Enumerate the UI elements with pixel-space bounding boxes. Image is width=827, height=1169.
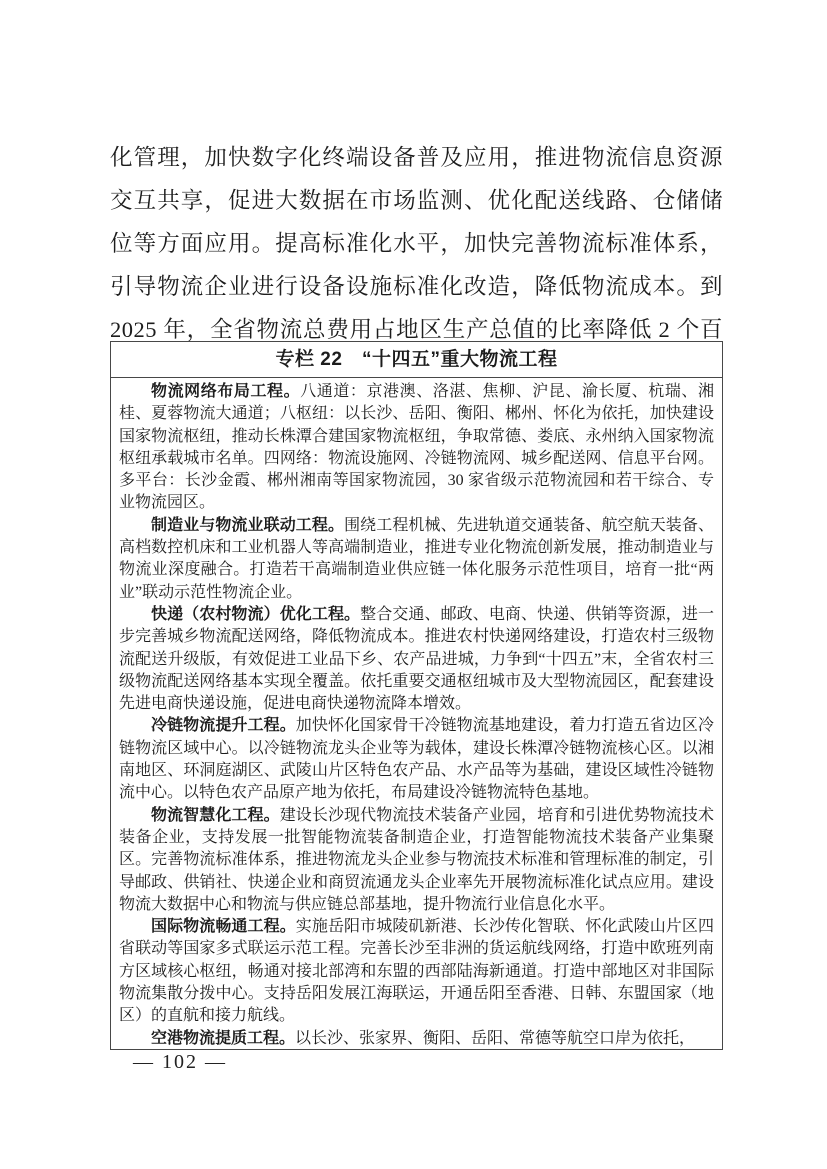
panel-paragraph: 快递（农村物流）优化工程。整合交通、邮政、电商、快递、供销等资源，进一步完善城乡… [119,604,714,715]
panel-paragraph-lead: 物流网络布局工程。 [151,383,300,400]
panel-paragraph-lead: 空港物流提质工程。 [151,1030,295,1047]
panel-paragraph: 国际物流畅通工程。实施岳阳市城陵矶新港、长沙传化智联、怀化武陵山片区四省联动等国… [119,916,714,1027]
panel-paragraph-text: 八通道：京港澳、洛湛、焦柳、沪昆、渝长厦、杭瑞、湘桂、夏蓉物流大通道；八枢纽：以… [119,383,714,511]
panel-paragraph-lead: 制造业与物流业联动工程。 [151,517,344,534]
panel-paragraph: 冷链物流提升工程。加快怀化国家骨干冷链物流基地建设，着力打造五省边区冷链物流区域… [119,715,714,804]
panel-paragraph-lead: 物流智慧化工程。 [151,807,280,824]
document-page: 化管理，加快数字化终端设备普及应用，推进物流信息资源交互共享，促进大数据在市场监… [0,0,827,1169]
special-column-panel: 专栏 22 “十四五”重大物流工程 物流网络布局工程。八通道：京港澳、洛湛、焦柳… [110,341,723,1050]
page-number: — 102 — [133,1051,227,1074]
panel-body: 物流网络布局工程。八通道：京港澳、洛湛、焦柳、沪昆、渝长厦、杭瑞、湘桂、夏蓉物流… [111,378,722,1050]
panel-paragraph: 物流智慧化工程。建设长沙现代物流技术装备产业园，培育和引进优势物流技术装备企业，… [119,805,714,916]
panel-paragraph-text: 以长沙、张家界、衡阳、岳阳、常德等航空口岸为依托， [295,1030,695,1047]
panel-paragraph-lead: 国际物流畅通工程。 [151,918,296,935]
panel-paragraph-lead: 快递（农村物流）优化工程。 [151,606,360,623]
panel-paragraph: 空港物流提质工程。以长沙、张家界、衡阳、岳阳、常德等航空口岸为依托， [119,1028,714,1050]
panel-paragraph-lead: 冷链物流提升工程。 [151,717,296,734]
panel-paragraph: 制造业与物流业联动工程。围绕工程机械、先进轨道交通装备、航空航天装备、高档数控机… [119,515,714,604]
panel-title: 专栏 22 “十四五”重大物流工程 [111,342,722,378]
panel-paragraph: 物流网络布局工程。八通道：京港澳、洛湛、焦柳、沪昆、渝长厦、杭瑞、湘桂、夏蓉物流… [119,381,714,515]
